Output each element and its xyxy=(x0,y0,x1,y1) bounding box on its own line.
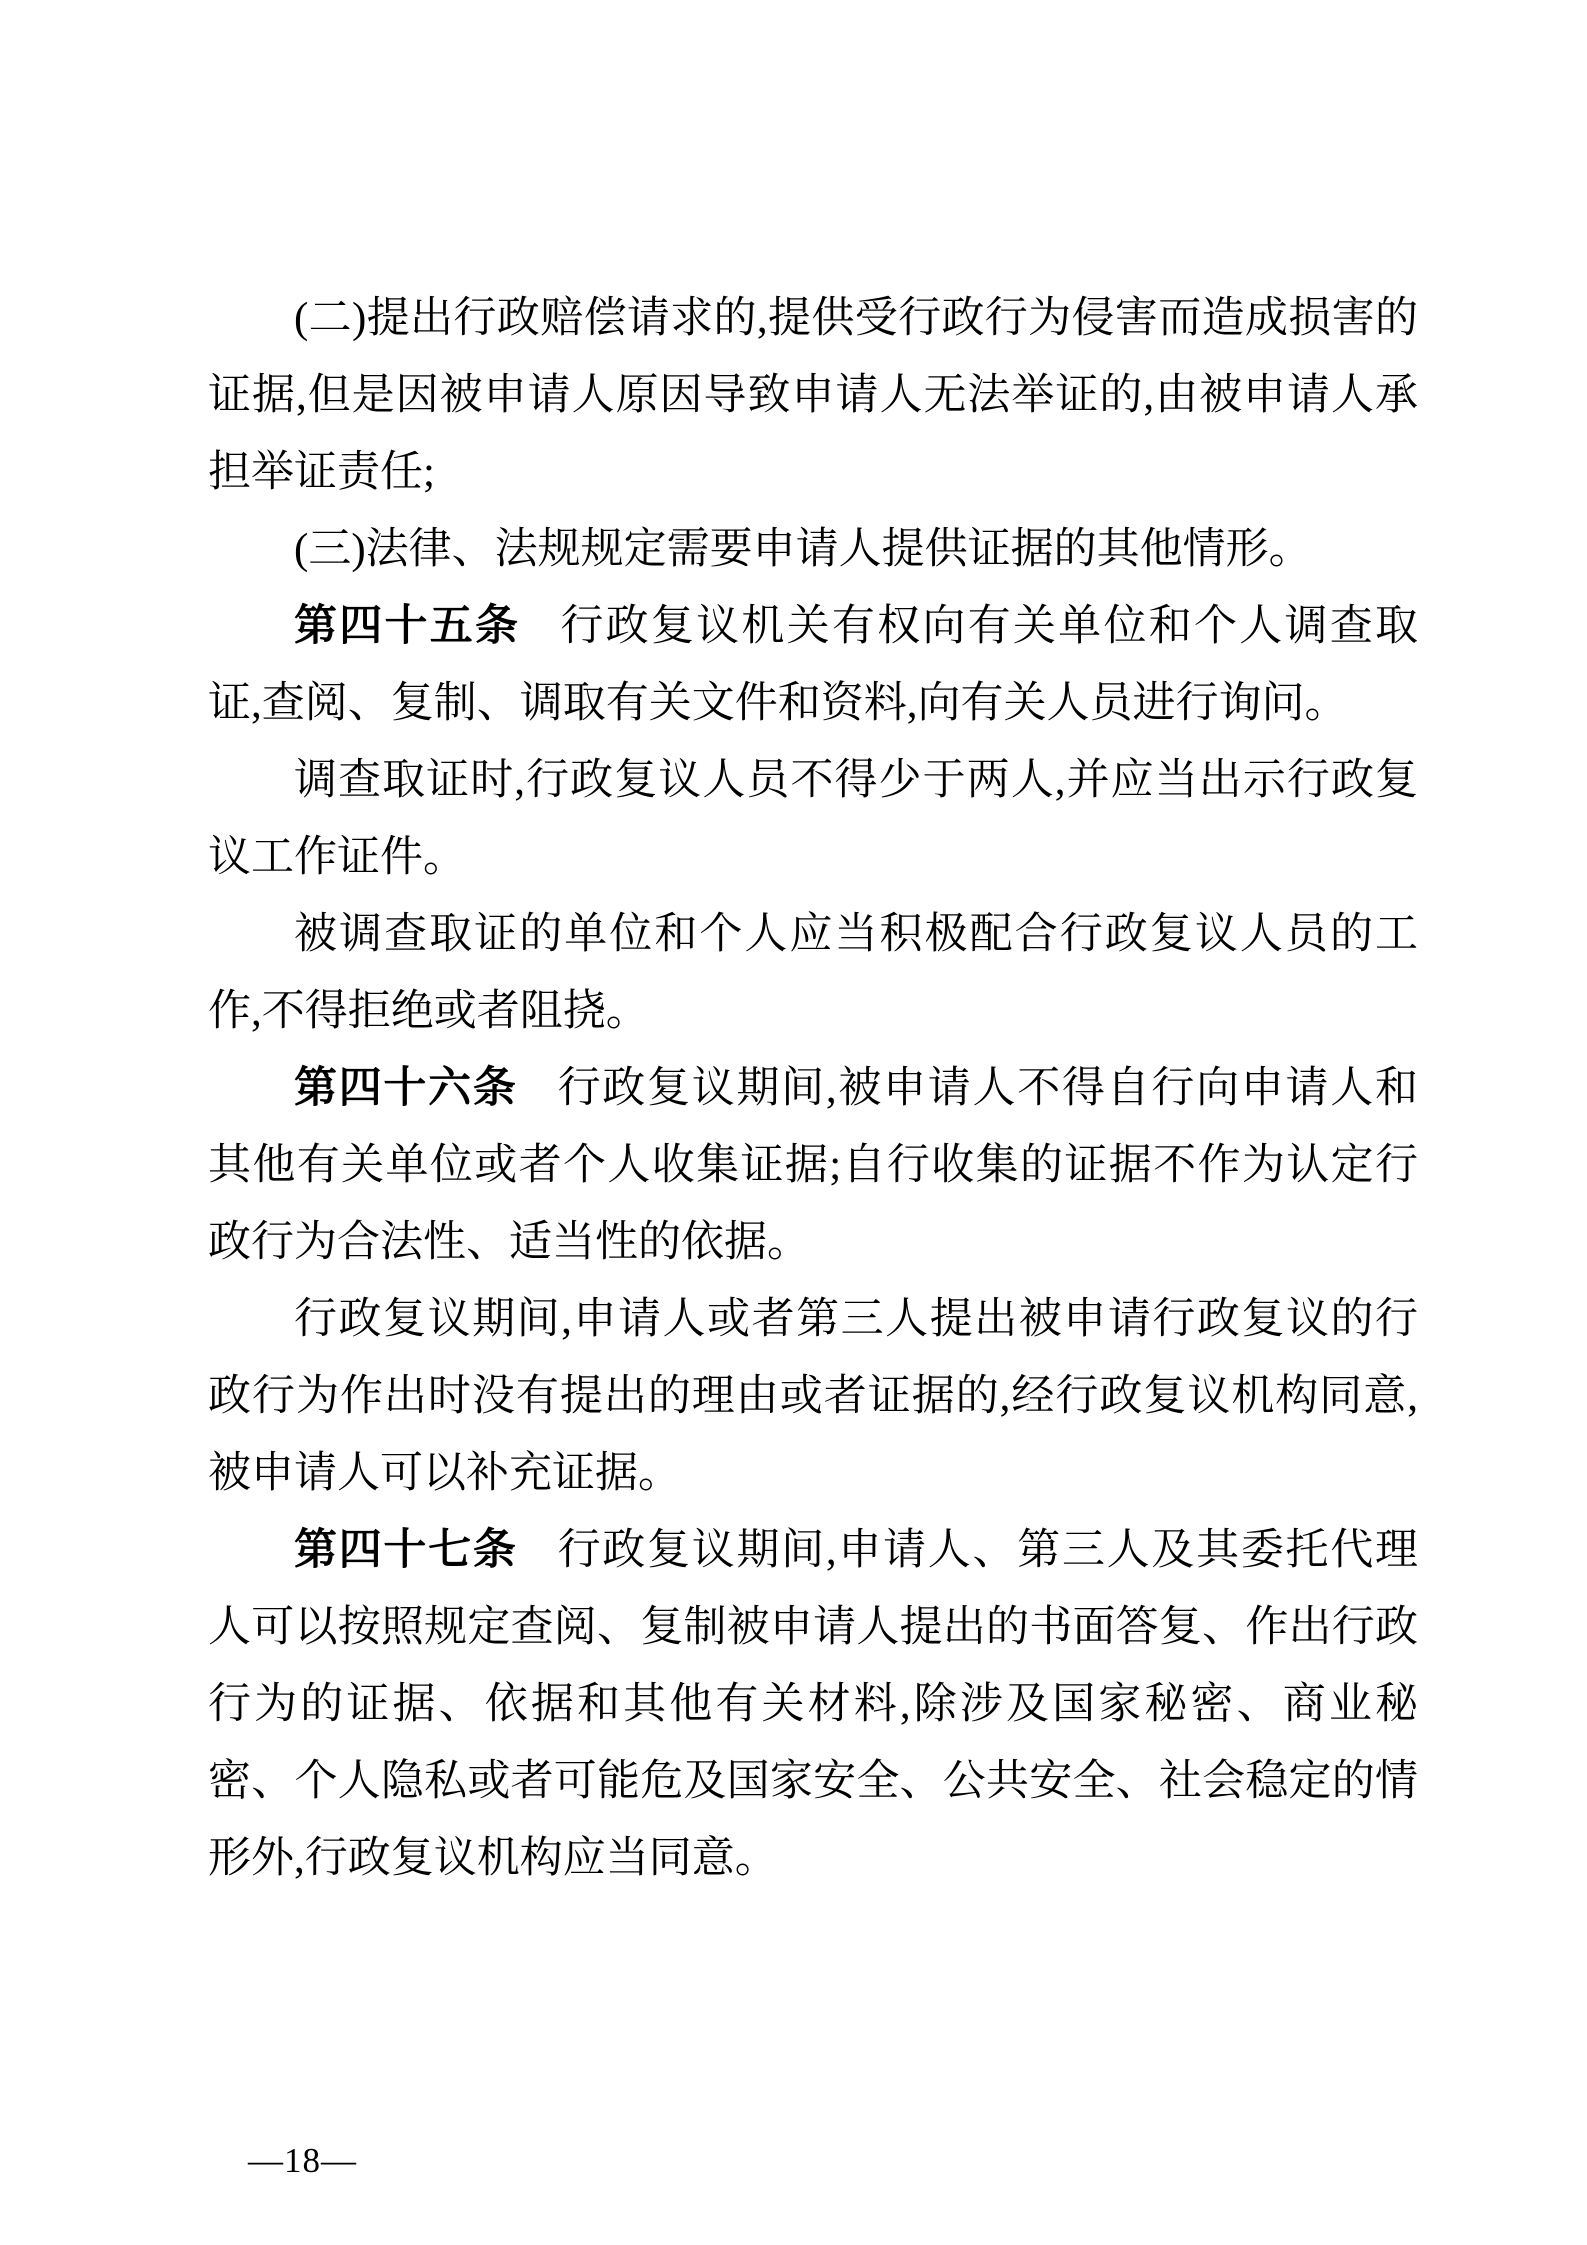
document-page: (二)提出行政赔偿请求的,提供受行政行为侵害而造成损害的证据,但是因被申请人原因… xyxy=(0,0,1587,2245)
paragraph: 第四十五条行政复议机关有权向有关单位和个人调查取证,查阅、复制、调取有关文件和资… xyxy=(208,588,1418,742)
page-number: —18— xyxy=(248,2141,357,2180)
paragraph: 被调查取证的单位和个人应当积极配合行政复议人员的工作,不得拒绝或者阻挠。 xyxy=(208,896,1418,1050)
paragraph-text: 行政复议期间,申请人、第三人及其委托代理人可以按照规定查阅、复制被申请人提出的书… xyxy=(208,1527,1418,1882)
paragraph-text: 被调查取证的单位和个人应当积极配合行政复议人员的工作,不得拒绝或者阻挠。 xyxy=(208,911,1418,1035)
paragraph: 第四十七条行政复议期间,申请人、第三人及其委托代理人可以按照规定查阅、复制被申请… xyxy=(208,1512,1418,1897)
paragraph: (三)法律、法规规定需要申请人提供证据的其他情形。 xyxy=(208,511,1418,588)
paragraph: 行政复议期间,申请人或者第三人提出被申请行政复议的行政行为作出时没有提出的理由或… xyxy=(208,1281,1418,1512)
document-body: (二)提出行政赔偿请求的,提供受行政行为侵害而造成损害的证据,但是因被申请人原因… xyxy=(208,280,1418,1897)
article-number: 第四十五条 xyxy=(294,602,520,650)
page-footer: —18— xyxy=(248,2138,357,2184)
paragraph: 第四十六条行政复议期间,被申请人不得自行向申请人和其他有关单位或者个人收集证据;… xyxy=(208,1050,1418,1281)
paragraph: 调查取证时,行政复议人员不得少于两人,并应当出示行政复议工作证件。 xyxy=(208,742,1418,896)
paragraph: (二)提出行政赔偿请求的,提供受行政行为侵害而造成损害的证据,但是因被申请人原因… xyxy=(208,280,1418,511)
paragraph-text: (二)提出行政赔偿请求的,提供受行政行为侵害而造成损害的证据,但是因被申请人原因… xyxy=(208,295,1418,496)
paragraph-text: 调查取证时,行政复议人员不得少于两人,并应当出示行政复议工作证件。 xyxy=(208,757,1418,881)
article-number: 第四十七条 xyxy=(294,1526,518,1574)
paragraph-text: 行政复议期间,申请人或者第三人提出被申请行政复议的行政行为作出时没有提出的理由或… xyxy=(208,1296,1418,1497)
article-number: 第四十六条 xyxy=(294,1064,518,1112)
paragraph-text: (三)法律、法规规定需要申请人提供证据的其他情形。 xyxy=(294,526,1312,573)
